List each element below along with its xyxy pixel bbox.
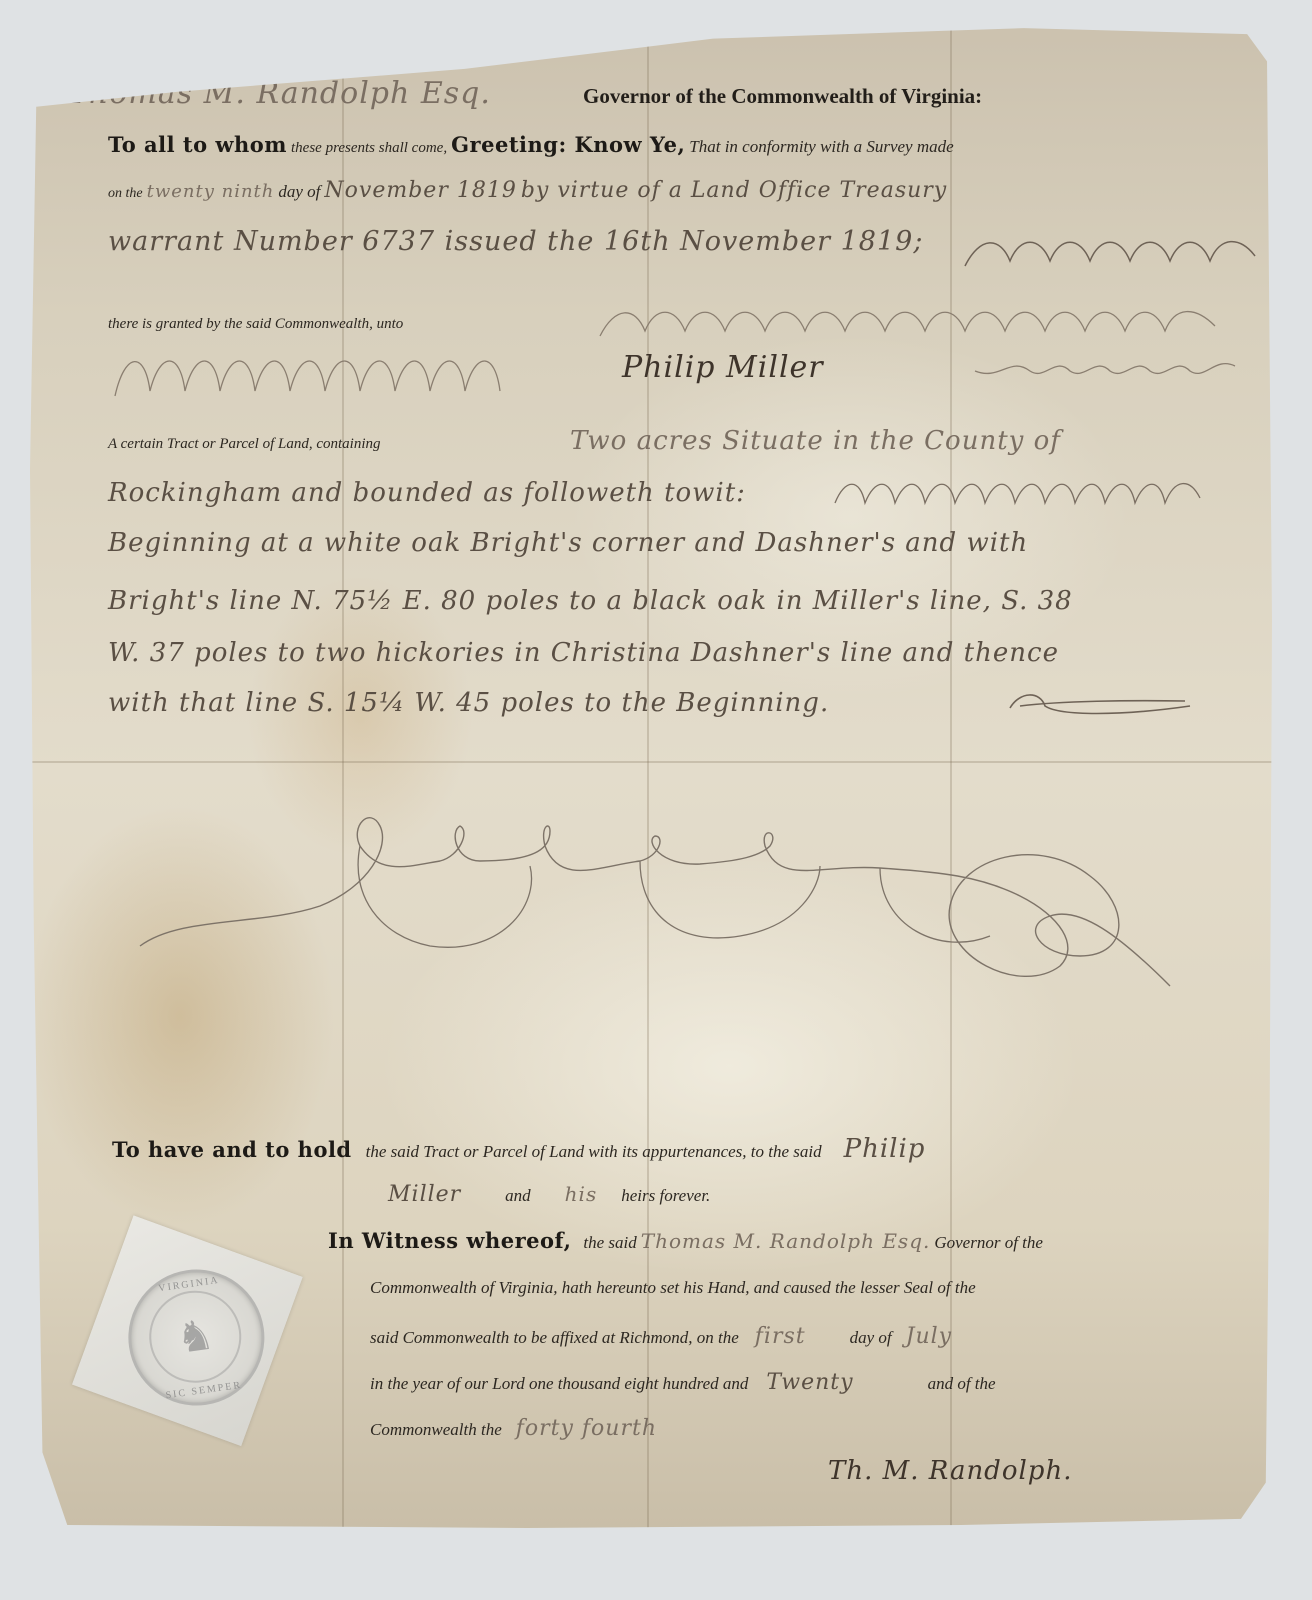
habendum-line-1: To have and to hold the said Tract or Pa… (112, 1134, 925, 1164)
testimonium-line-4: in the year of our Lord one thousand eig… (370, 1370, 996, 1395)
flourish-decoration (830, 478, 1230, 518)
flourish-decoration (110, 346, 530, 406)
boundary-line: W. 37 poles to two hickories in Christin… (108, 638, 1059, 668)
month-handwritten: July (906, 1324, 952, 1349)
grantee-name-handwritten: Philip Miller (622, 350, 824, 385)
tract-text: A certain Tract or Parcel of Land, conta… (108, 436, 381, 453)
habendum-grantee-last-handwritten: Miller (388, 1182, 461, 1207)
flourish-decoration (960, 226, 1260, 286)
habendum-grantee-first-handwritten: Philip (844, 1134, 926, 1164)
governor-of-text: Governor of the (934, 1233, 1043, 1252)
on-the-text: on the (108, 186, 143, 201)
fold-crease (950, 16, 952, 1528)
flourish-decoration (120, 806, 1190, 1006)
acreage-handwritten: Two acres Situate in the County of (570, 426, 1061, 456)
preamble-line-1: To all to whom these presents shall come… (108, 132, 954, 157)
testimonium-line-5: Commonwealth the forty fourth (370, 1416, 657, 1441)
boundary-line: Bright's line N. 75½ E. 80 poles to a bl… (108, 586, 1073, 616)
day-of-text: day of (850, 1328, 892, 1347)
boundary-line: with that line S. 15¼ W. 45 poles to the… (108, 688, 829, 718)
day-of-text: day of (278, 182, 320, 201)
virtus-figure-icon: ♞ (173, 1309, 217, 1364)
fold-crease (30, 761, 1272, 763)
year-of-lord-text: in the year of our Lord one thousand eig… (370, 1374, 748, 1393)
flourish-decoration (970, 351, 1240, 391)
flourish-decoration (595, 301, 1235, 351)
flourish-decoration (1000, 686, 1200, 726)
seal-inner-ring: ♞ (143, 1285, 247, 1389)
year-handwritten: Twenty (766, 1370, 853, 1395)
testimonium-heading: In Witness whereof, (328, 1228, 571, 1253)
presents-text: these presents shall come, (291, 140, 447, 156)
survey-day-handwritten: twenty ninth (147, 181, 275, 202)
governor-signature: Th. M. Randolph. (828, 1456, 1072, 1486)
commonwealth-the-text: Commonwealth the (370, 1420, 502, 1439)
said-text: the said (583, 1233, 636, 1252)
his-handwritten: his (565, 1182, 598, 1206)
and-of-the-text: and of the (928, 1374, 996, 1393)
boundary-line: Beginning at a white oak Bright's corner… (108, 528, 1028, 558)
habendum-line-2: Miller and his heirs forever. (388, 1182, 710, 1207)
county-handwritten: Rockingham and bounded as followeth towi… (108, 478, 746, 508)
testimonium-line-2: Commonwealth of Virginia, hath hereunto … (370, 1278, 976, 1298)
embossed-seal: VIRGINIA ♞ SIC SEMPER (74, 1216, 311, 1453)
testimonium-line-3: said Commonwealth to be affixed at Richm… (370, 1324, 952, 1349)
warrant-line-handwritten: warrant Number 6737 issued the 16th Nove… (108, 226, 923, 257)
to-all-heading: To all to whom (108, 132, 287, 157)
warrant-type-handwritten: by virtue of a Land Office Treasury (521, 178, 947, 203)
habendum-text: the said Tract or Parcel of Land with it… (366, 1142, 822, 1161)
governor-title: Governor of the Commonwealth of Virginia… (583, 84, 982, 109)
and-text: and (505, 1186, 531, 1205)
commonwealth-year-handwritten: forty fourth (516, 1416, 657, 1441)
survey-date-handwritten: November 1819 (324, 178, 516, 203)
preamble-line-2: on the twenty ninth day of November 1819… (108, 178, 947, 203)
heirs-text: heirs forever. (621, 1186, 710, 1205)
day-handwritten: first (755, 1324, 806, 1349)
greeting-heading: Greeting: Know Ye, (451, 132, 685, 157)
habendum-heading: To have and to hold (112, 1137, 352, 1162)
conformity-text: That in conformity with a Survey made (689, 137, 953, 156)
governor-name-handwritten: Thomas M. Randolph Esq. (68, 76, 491, 111)
testimonium-line-1: In Witness whereof, the said Thomas M. R… (328, 1228, 1043, 1253)
testimonium-governor-handwritten: Thomas M. Randolph Esq. (641, 1229, 931, 1253)
affixed-text: said Commonwealth to be affixed at Richm… (370, 1328, 739, 1347)
granted-text: there is granted by the said Commonwealt… (108, 316, 403, 333)
